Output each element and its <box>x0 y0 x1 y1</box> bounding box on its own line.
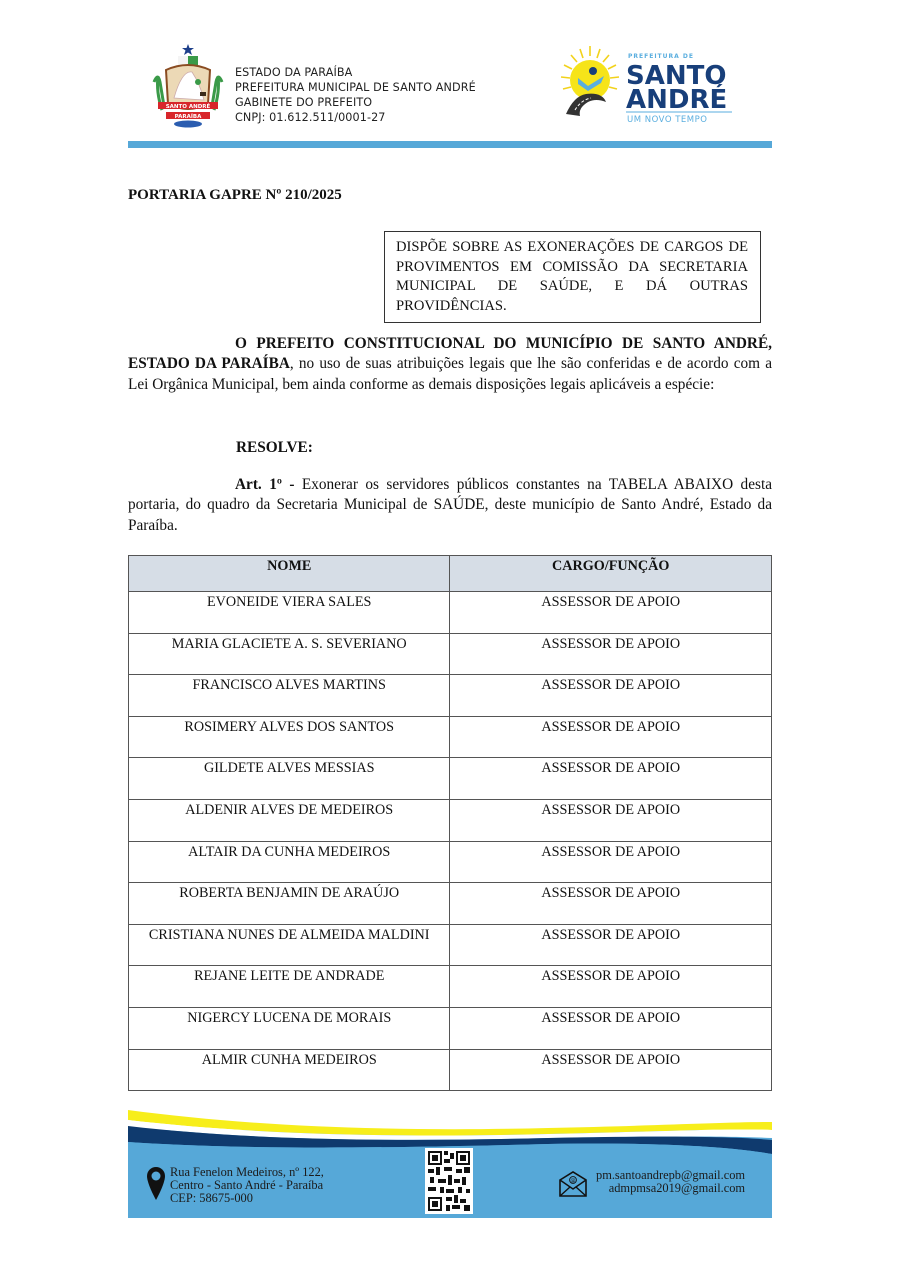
table-header-row: NOME CARGO/FUNÇÃO <box>129 556 772 592</box>
table-row: CRISTIANA NUNES DE ALMEIDA MALDINIASSESS… <box>129 924 772 966</box>
svg-text:@: @ <box>571 1178 576 1184</box>
cell-name: MARIA GLACIETE A. S. SEVERIANO <box>129 633 450 675</box>
table-row: ALMIR CUNHA MEDEIROSASSESSOR DE APOIO <box>129 1049 772 1091</box>
qr-code-icon <box>425 1148 473 1214</box>
municipal-coat-of-arms-icon: SANTO ANDRÉ PARAÍBA <box>148 42 228 128</box>
cell-role: ASSESSOR DE APOIO <box>450 716 772 758</box>
cell-role: ASSESSOR DE APOIO <box>450 758 772 800</box>
cell-role: ASSESSOR DE APOIO <box>450 841 772 883</box>
letterhead: SANTO ANDRÉ PARAÍBA ESTADO DA PARAÍBA PR… <box>128 38 772 138</box>
cell-role: ASSESSOR DE APOIO <box>450 883 772 925</box>
table-row: ALDENIR ALVES DE MEDEIROSASSESSOR DE APO… <box>129 799 772 841</box>
column-header-name: NOME <box>129 556 450 592</box>
cell-name: CRISTIANA NUNES DE ALMEIDA MALDINI <box>129 924 450 966</box>
santo-andre-brand-logo: PREFEITURA DE SANTO ANDRÉ UM NOVO TEMPO <box>560 44 740 126</box>
table-body: EVONEIDE VIERA SALESASSESSOR DE APOIOMAR… <box>129 592 772 1091</box>
table-row: ALTAIR DA CUNHA MEDEIROSASSESSOR DE APOI… <box>129 841 772 883</box>
header-line-cnpj: CNPJ: 01.612.511/0001-27 <box>235 110 476 125</box>
table-row: GILDETE ALVES MESSIASASSESSOR DE APOIO <box>129 758 772 800</box>
brand-pre-label: PREFEITURA DE <box>628 53 694 60</box>
cell-name: ROBERTA BENJAMIN DE ARAÚJO <box>129 883 450 925</box>
cell-role: ASSESSOR DE APOIO <box>450 633 772 675</box>
brand-tagline: UM NOVO TEMPO <box>627 115 707 125</box>
header-line-state: ESTADO DA PARAÍBA <box>235 65 476 80</box>
column-header-role: CARGO/FUNÇÃO <box>450 556 772 592</box>
table-row: REJANE LEITE DE ANDRADEASSESSOR DE APOIO <box>129 966 772 1008</box>
cell-name: ALMIR CUNHA MEDEIROS <box>129 1049 450 1091</box>
article-1-label: Art. 1º - <box>235 476 294 493</box>
cell-role: ASSESSOR DE APOIO <box>450 1049 772 1091</box>
cell-name: ALDENIR ALVES DE MEDEIROS <box>129 799 450 841</box>
cell-role: ASSESSOR DE APOIO <box>450 799 772 841</box>
table-row: EVONEIDE VIERA SALESASSESSOR DE APOIO <box>129 592 772 634</box>
cell-role: ASSESSOR DE APOIO <box>450 924 772 966</box>
cell-name: GILDETE ALVES MESSIAS <box>129 758 450 800</box>
email-envelope-icon: @ <box>558 1170 588 1198</box>
cell-role: ASSESSOR DE APOIO <box>450 1007 772 1049</box>
letterhead-footer: Rua Fenelon Medeiros, nº 122, Centro - S… <box>128 1106 772 1218</box>
cell-name: FRANCISCO ALVES MARTINS <box>129 675 450 717</box>
emblem-banner-bottom: PARAÍBA <box>175 112 203 120</box>
footer-emails: pm.santoandrepb@gmail.com admpmsa2019@gm… <box>596 1169 745 1195</box>
ementa-text: DISPÕE SOBRE AS EXONERAÇÕES DE CARGOS DE… <box>396 238 748 316</box>
cell-name: ROSIMERY ALVES DOS SANTOS <box>129 716 450 758</box>
table-row: ROBERTA BENJAMIN DE ARAÚJOASSESSOR DE AP… <box>129 883 772 925</box>
header-divider <box>128 141 772 148</box>
table-row: ROSIMERY ALVES DOS SANTOSASSESSOR DE APO… <box>129 716 772 758</box>
cell-name: ALTAIR DA CUNHA MEDEIROS <box>129 841 450 883</box>
cell-name: EVONEIDE VIERA SALES <box>129 592 450 634</box>
exoneration-table: NOME CARGO/FUNÇÃO EVONEIDE VIERA SALESAS… <box>128 555 772 1091</box>
cell-role: ASSESSOR DE APOIO <box>450 592 772 634</box>
cell-role: ASSESSOR DE APOIO <box>450 675 772 717</box>
emblem-banner-top: SANTO ANDRÉ <box>166 102 211 110</box>
table-row: MARIA GLACIETE A. S. SEVERIANOASSESSOR D… <box>129 633 772 675</box>
table-row: NIGERCY LUCENA DE MORAISASSESSOR DE APOI… <box>129 1007 772 1049</box>
footer-address: Rua Fenelon Medeiros, nº 122, Centro - S… <box>170 1166 324 1205</box>
preamble-paragraph: O PREFEITO CONSTITUCIONAL DO MUNICÍPIO D… <box>128 334 772 395</box>
email-secondary[interactable]: admpmsa2019@gmail.com <box>596 1182 745 1195</box>
address-line-cep: CEP: 58675-000 <box>170 1192 324 1205</box>
header-line-prefecture: PREFEITURA MUNICIPAL DE SANTO ANDRÉ <box>235 80 476 95</box>
document-title: PORTARIA GAPRE Nº 210/2025 <box>128 187 342 204</box>
header-line-cabinet: GABINETE DO PREFEITO <box>235 95 476 110</box>
cell-name: NIGERCY LUCENA DE MORAIS <box>129 1007 450 1049</box>
cell-name: REJANE LEITE DE ANDRADE <box>129 966 450 1008</box>
resolve-heading: RESOLVE: <box>236 439 313 457</box>
location-pin-icon <box>146 1166 166 1202</box>
brand-line2: ANDRÉ <box>626 83 727 115</box>
letterhead-text: ESTADO DA PARAÍBA PREFEITURA MUNICIPAL D… <box>235 65 476 125</box>
article-1-paragraph: Art. 1º - Exonerar os servidores público… <box>128 475 772 536</box>
cell-role: ASSESSOR DE APOIO <box>450 966 772 1008</box>
article-1-text: Exonerar os servidores públicos constant… <box>128 476 772 534</box>
table-row: FRANCISCO ALVES MARTINSASSESSOR DE APOIO <box>129 675 772 717</box>
ementa-box: DISPÕE SOBRE AS EXONERAÇÕES DE CARGOS DE… <box>384 231 761 323</box>
